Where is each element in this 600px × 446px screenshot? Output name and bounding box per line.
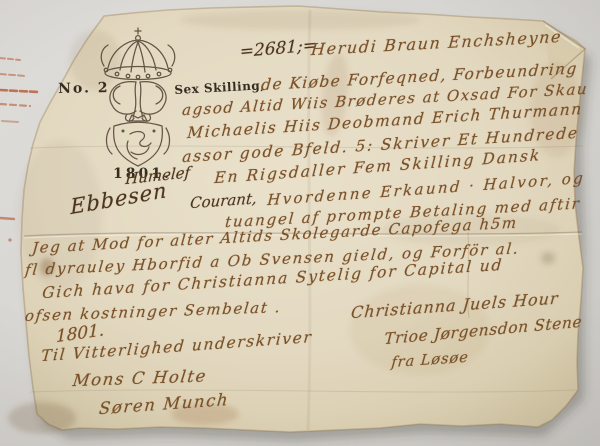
signature-second: Trioe Jørgensdon Stene bbox=[384, 313, 583, 348]
margin-word-courant: Courant, bbox=[189, 189, 257, 212]
handwriting-line: Herudi Braun Enchsheyne bbox=[310, 27, 563, 59]
handwritten-doc-number: =2681;= bbox=[240, 35, 318, 62]
handwriting-layer: =2681;= Herudi Braun Enchsheyne de Kiøbe… bbox=[0, 0, 600, 446]
margin-word-ebbesen: Ebbesen bbox=[70, 178, 168, 219]
document-photo: No. 2 Sex Skilling, 1801. =2681;= Herudi… bbox=[0, 0, 600, 446]
signature-witness2: Søren Munch bbox=[98, 390, 230, 418]
signature-witness1: Mons C Holte bbox=[72, 366, 208, 390]
signature-second-place: fra Løsøe bbox=[391, 350, 470, 372]
handwriting-line: ofsen kostninger Sembelat . bbox=[24, 298, 282, 325]
